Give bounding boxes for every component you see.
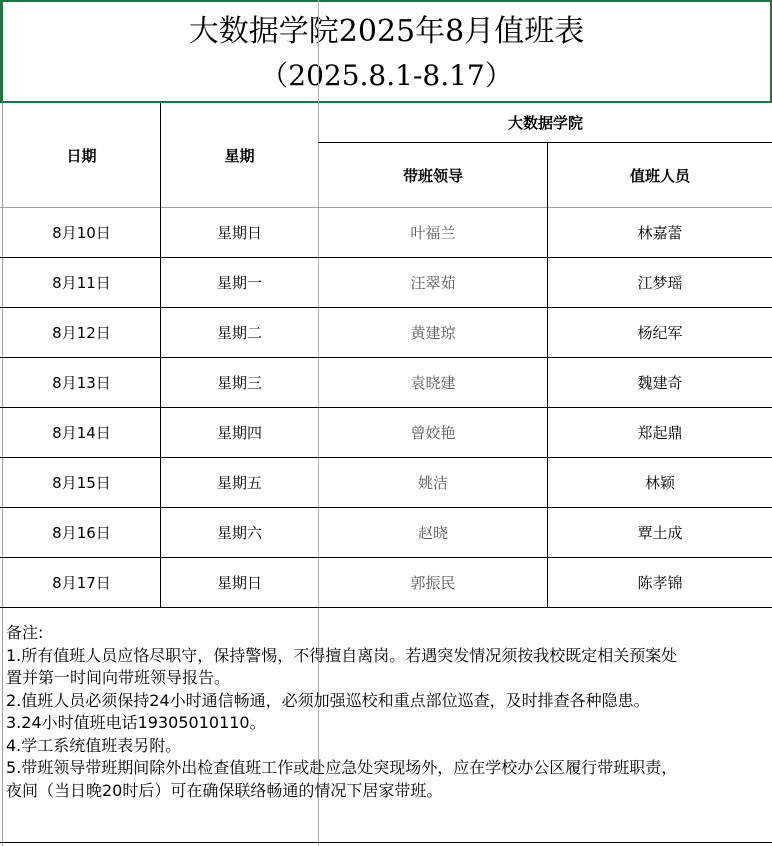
cell-date[interactable]: 8月16日 (3, 508, 160, 557)
title-cell[interactable]: 大数据学院2025年8月值班表 （2025.8.1-8.17） (0, 0, 772, 103)
notes-line: 2.值班人员必须保持24小时通信畅通，必须加强巡校和重点部位巡查，及时排查各种隐… (6, 690, 770, 713)
sheet-date-range: （2025.8.1-8.17） (3, 56, 770, 96)
cell-staff[interactable]: 林嘉蕾 (548, 208, 772, 257)
cell-date[interactable]: 8月17日 (3, 558, 160, 607)
cell-staff[interactable]: 江梦瑶 (548, 258, 772, 307)
cell-staff[interactable]: 林颖 (548, 458, 772, 507)
cell-weekday[interactable]: 星期六 (161, 508, 318, 557)
notes-line: 1.所有值班人员应恪尽职守，保持警惕，不得擅自离岗。若遇突发情况须按我校既定相关… (6, 645, 770, 668)
cell-weekday[interactable]: 星期四 (161, 408, 318, 457)
cell-date[interactable]: 8月13日 (3, 358, 160, 407)
cell-leader[interactable]: 黄建琼 (319, 308, 547, 357)
cell-leader[interactable]: 汪翠茹 (319, 258, 547, 307)
notes-line: 夜间（当日晚20时后）可在确保联络畅通的情况下居家带班。 (6, 780, 770, 803)
cell-leader[interactable]: 赵晓 (319, 508, 547, 557)
header-weekday[interactable]: 星期 (161, 103, 318, 207)
notes-line: 5.带班领导带班期间除外出检查值班工作或赴应急处突现场外，应在学校办公区履行带班… (6, 757, 770, 780)
cell-weekday[interactable]: 星期一 (161, 258, 318, 307)
cell-weekday[interactable]: 星期三 (161, 358, 318, 407)
cell-staff[interactable]: 郑起鼎 (548, 408, 772, 457)
header-leader[interactable]: 带班领导 (319, 143, 547, 207)
cell-leader[interactable]: 曾姣艳 (319, 408, 547, 457)
cell-date[interactable]: 8月12日 (3, 308, 160, 357)
cell-weekday[interactable]: 星期二 (161, 308, 318, 357)
cell-date[interactable]: 8月15日 (3, 458, 160, 507)
cell-staff[interactable]: 杨纪军 (548, 308, 772, 357)
notes-heading: 备注: (6, 622, 770, 645)
cell-leader[interactable]: 姚洁 (319, 458, 547, 507)
cell-date[interactable]: 8月11日 (3, 258, 160, 307)
cell-leader[interactable]: 叶福兰 (319, 208, 547, 257)
cell-date[interactable]: 8月14日 (3, 408, 160, 457)
notes-line: 置并第一时间向带班领导报告。 (6, 667, 770, 690)
cell-leader[interactable]: 袁晓建 (319, 358, 547, 407)
sheet-title: 大数据学院2025年8月值班表 (3, 12, 770, 52)
header-group[interactable]: 大数据学院 (319, 103, 772, 142)
border (0, 842, 772, 843)
header-staff[interactable]: 值班人员 (548, 143, 772, 207)
cell-staff[interactable]: 魏建奇 (548, 358, 772, 407)
border (0, 607, 772, 608)
cell-weekday[interactable]: 星期日 (161, 208, 318, 257)
cell-staff[interactable]: 覃土成 (548, 508, 772, 557)
cell-weekday[interactable]: 星期日 (161, 558, 318, 607)
header-date[interactable]: 日期 (3, 103, 160, 207)
cell-date[interactable]: 8月10日 (3, 208, 160, 257)
notes-line: 4.学工系统值班表另附。 (6, 735, 770, 758)
notes-cell[interactable]: 备注: 1.所有值班人员应恪尽职守，保持警惕，不得擅自离岗。若遇突发情况须按我校… (6, 622, 770, 802)
cell-leader[interactable]: 郭振民 (319, 558, 547, 607)
cell-staff[interactable]: 陈孝锦 (548, 558, 772, 607)
cell-weekday[interactable]: 星期五 (161, 458, 318, 507)
notes-line: 3.24小时值班电话19305010110。 (6, 712, 770, 735)
